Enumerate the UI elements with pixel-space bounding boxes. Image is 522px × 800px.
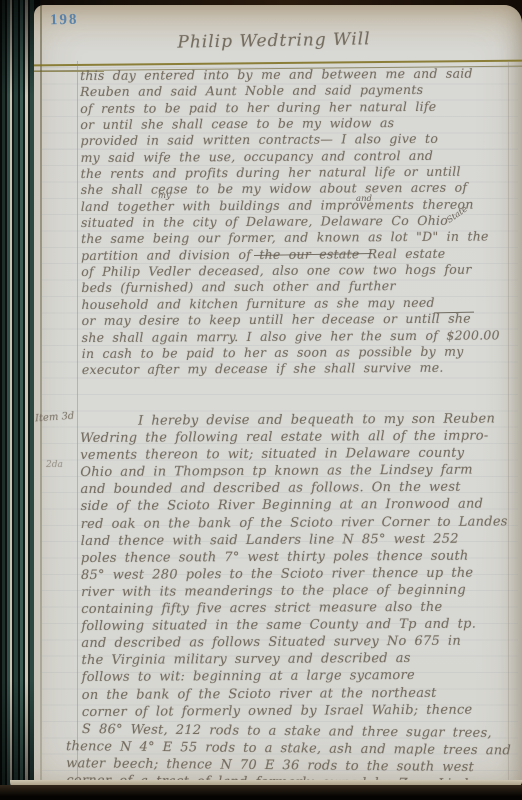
paragraph-1: this day entered into by me and between … [80, 65, 508, 378]
handwritten-line: and described as follows Situated survey… [81, 633, 511, 653]
handwritten-line: corner of lot formerly owned by Israel W… [82, 701, 512, 721]
handwritten-line: this day entered into by me and between … [80, 65, 506, 84]
interlinear-insertion-and: and [356, 194, 372, 204]
margin-note-item-3d: Item 3d [35, 411, 75, 425]
handwritten-line: red oak on the bank of the Scioto river … [81, 513, 511, 533]
page-title: Philip Wedtring Will [134, 29, 414, 54]
page-crease [40, 5, 42, 781]
handwritten-line: of Philip Vedler deceased, also one cow … [81, 262, 507, 281]
margin-note-faint: 2da [46, 460, 63, 470]
left-margin-line [77, 61, 78, 781]
handwritten-line: river with its meanderings to the place … [81, 581, 511, 601]
page-number: 198 [50, 12, 79, 29]
handwritten-line: or may desire to keep untill her decease… [81, 311, 507, 330]
handwritten-line: side of the Scioto River Beginning at an… [81, 496, 511, 516]
handwritten-line: executor after my decease if she shall s… [82, 360, 508, 379]
interlinear-insertion-my: my [158, 191, 171, 201]
handwritten-line: in cash to be paid to her as soon as pos… [82, 343, 508, 362]
paragraph-2: I hereby devise and bequeath to my son R… [80, 410, 512, 781]
scanned-ledger-photo: 198 Philip Wedtring Will this day entere… [0, 0, 522, 800]
photo-background-bottom [0, 785, 522, 800]
ledger-page: 198 Philip Wedtring Will this day entere… [34, 5, 522, 781]
